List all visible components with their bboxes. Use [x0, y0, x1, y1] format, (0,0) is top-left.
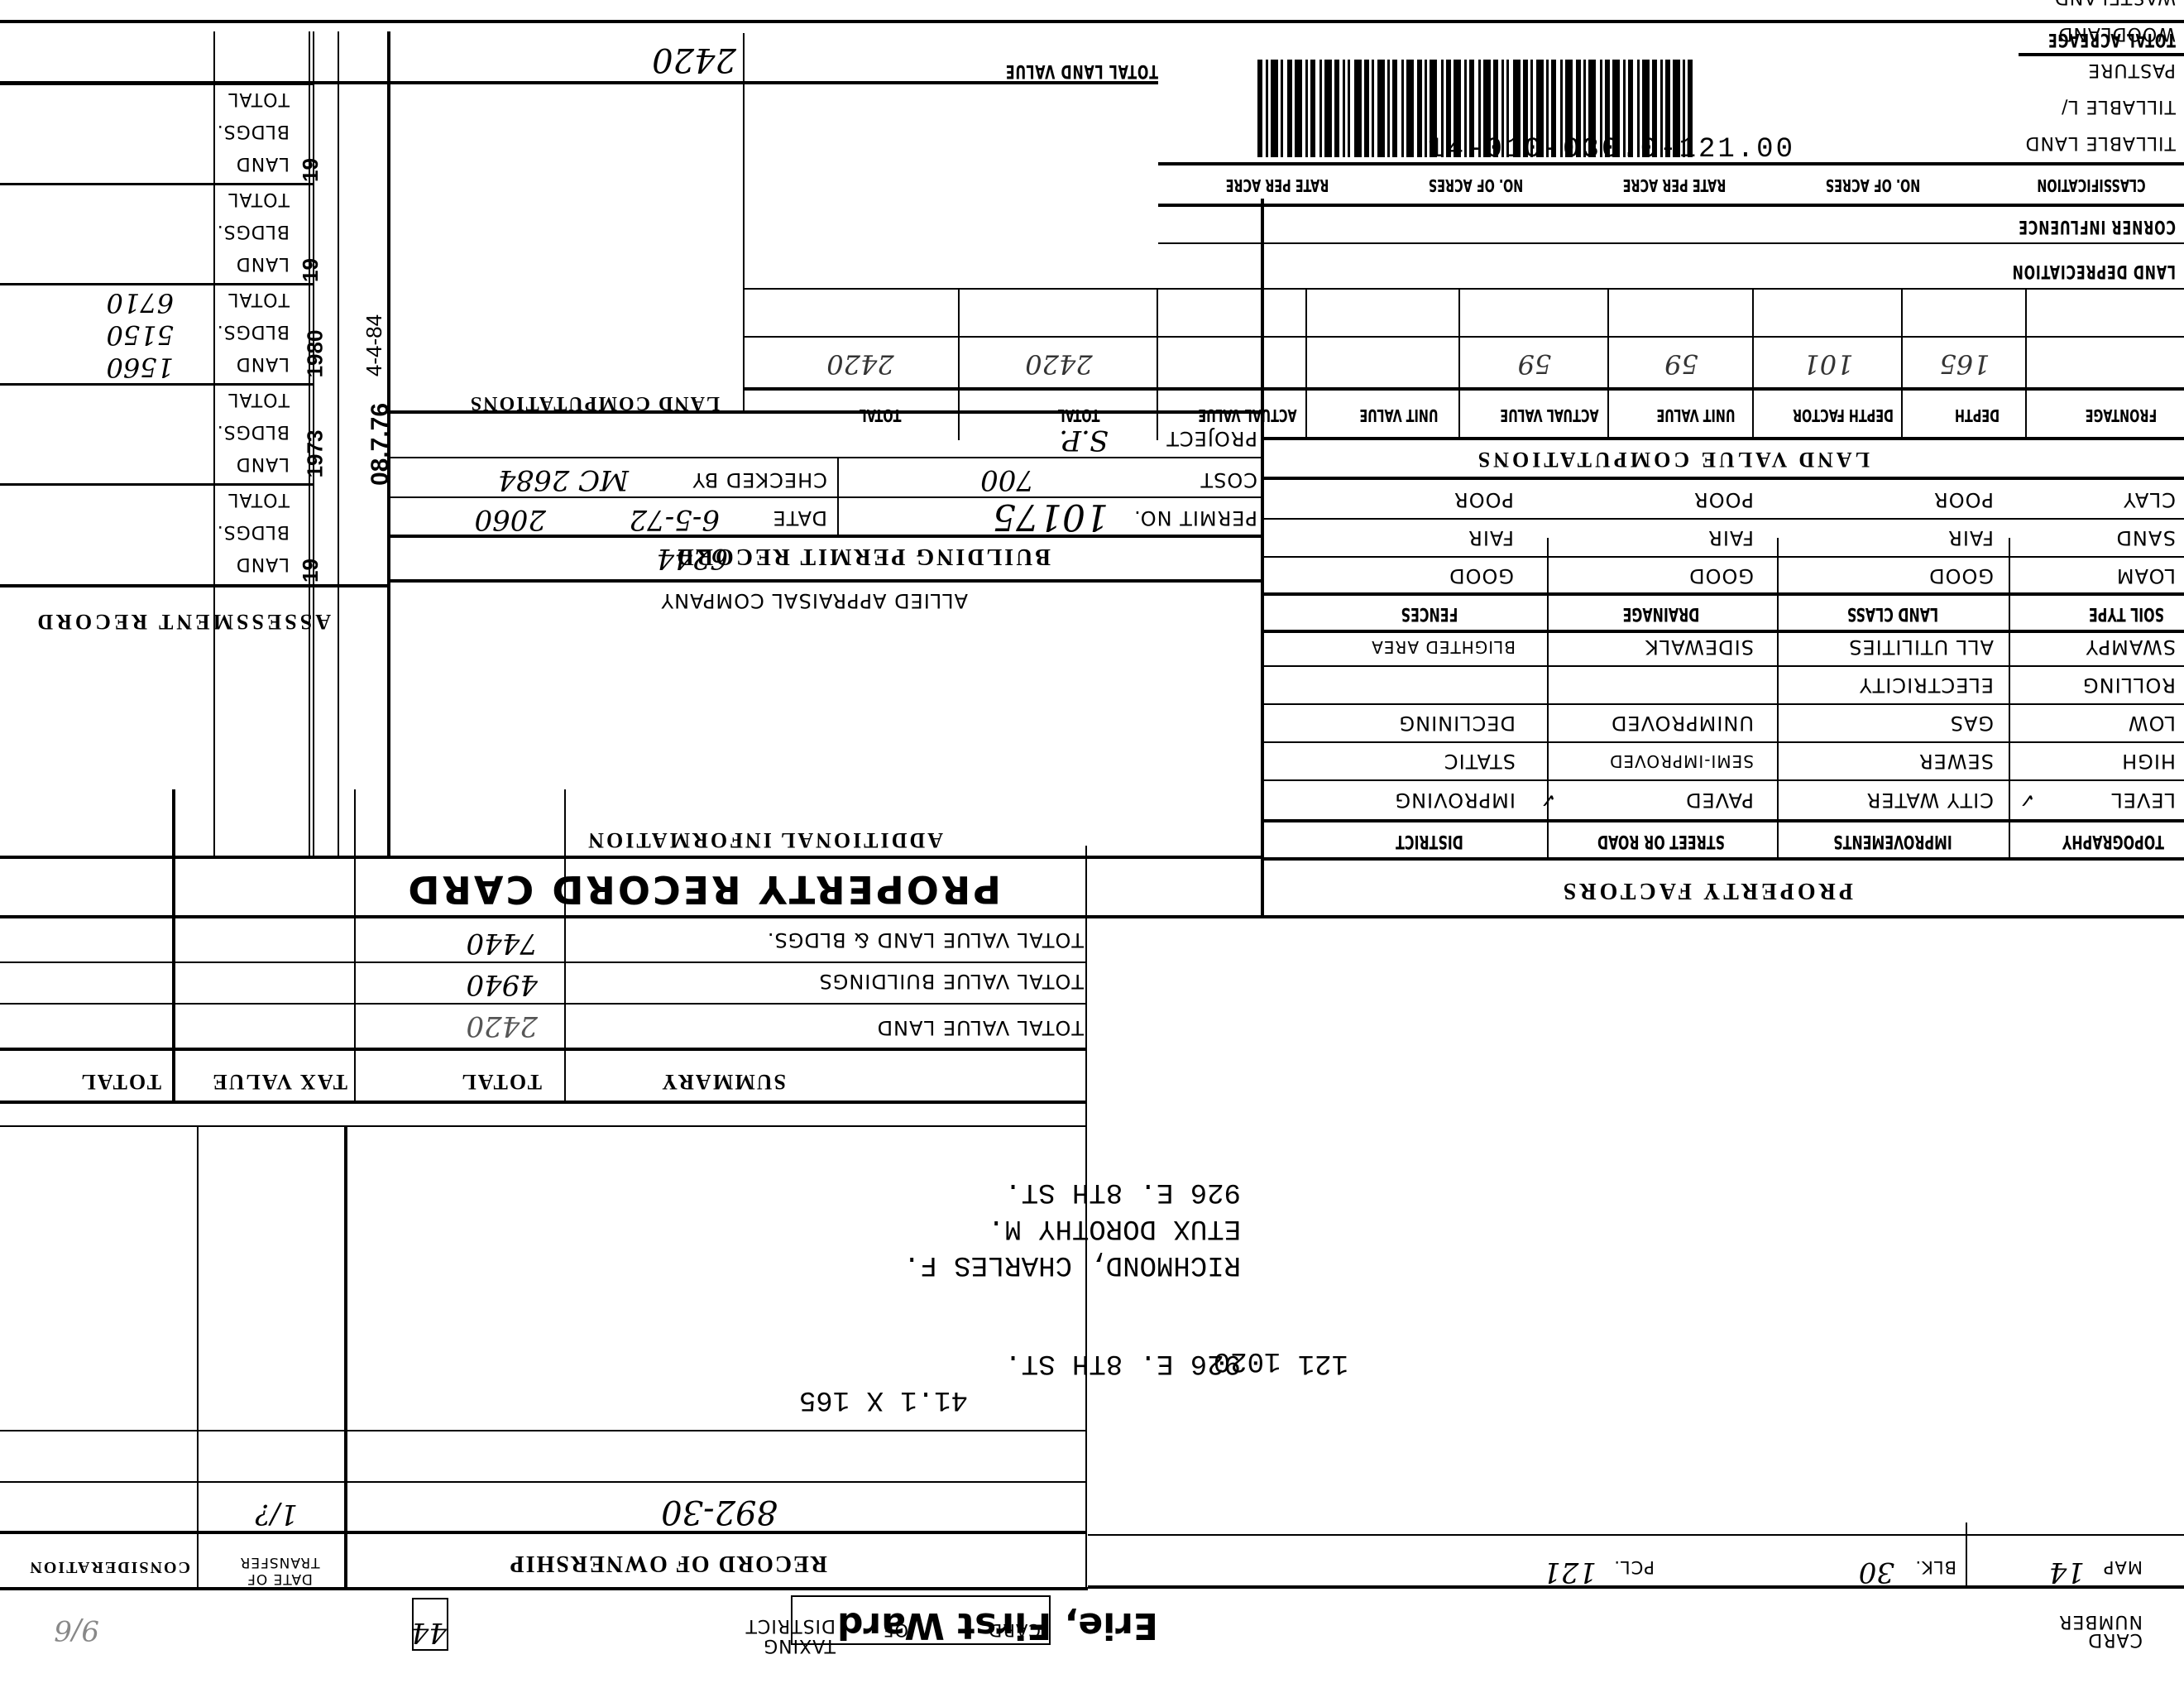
checked-by-value[interactable]: MC 2684: [498, 463, 629, 496]
permit-no-label: PERMIT NO.: [1133, 506, 1257, 530]
checked-by-label: CHECKED BY: [692, 468, 827, 492]
checkbox-semi-improved[interactable]: [1524, 743, 1572, 779]
ownership-entry: 892-30: [661, 1493, 778, 1531]
property-factors-rows: LEVEL ✓ CITY WATER PAVED ✓ IMPROVING HIG…: [1264, 629, 2184, 819]
map-label: MAP: [2103, 1557, 2143, 1577]
assessment-block: 19 LAND BLDGS. TOTAL: [0, 83, 314, 183]
pcl-value[interactable]: 121: [1543, 1556, 1597, 1589]
ownership-date: 1/?: [256, 1498, 298, 1531]
permit-number-right: 6244: [656, 542, 728, 575]
checkbox-sidewalk[interactable]: [1524, 629, 1572, 665]
blk-value[interactable]: 30: [1859, 1556, 1894, 1589]
additional-info-title: ADDITIONAL INFORMATION: [586, 827, 943, 852]
taxing-district-label: TAXING DISTRICT: [711, 1615, 836, 1655]
date-label: DATE: [773, 506, 827, 530]
typed-line2-address: 926 E. 8TH ST.: [1004, 1347, 1241, 1379]
assessment-block: 1980 4-4-84 LAND BLDGS. TOTAL 1560 5150 …: [0, 283, 314, 383]
factor-row: SWAMPY ALL UTILITIES SIDEWALK BLIGHTED A…: [1264, 629, 2184, 665]
land-value-row: 165 101 59 59 2420 2420: [745, 339, 2184, 389]
factor-row: ROLLING ELECTRICITY: [1264, 665, 2184, 703]
summary-land-label: TOTAL VALUE LAND: [877, 1016, 1084, 1039]
map-value[interactable]: 14: [2049, 1556, 2085, 1589]
checkbox-city-water[interactable]: [1762, 781, 1812, 819]
property-factors-title: PROPERTY FACTORS: [1560, 877, 1853, 904]
property-record-card-title: PROPERTY RECORD CARD: [405, 867, 1001, 912]
date-extra: 2060: [474, 503, 546, 536]
ownership-col-date: DATE OF TRANSFER: [222, 1554, 338, 1587]
cost-value[interactable]: 700: [980, 463, 1034, 496]
owner-name: RICHMOND, CHARLES F. ETUX DOROTHY M. 926…: [903, 1173, 1241, 1283]
summary-land-total: 2420: [466, 1009, 538, 1043]
soil-headers: SOIL TYPE LAND CLASS DRAINAGE FENCES: [1264, 595, 2184, 633]
summary-bldgs-label: TOTAL VALUE BUILDINGS: [819, 970, 1084, 993]
land-computations-label: LAND COMPUTATIONS: [469, 391, 720, 414]
total-acreage-label: TOTAL ACREAGE: [2047, 29, 2176, 50]
checkbox-declining[interactable]: [1284, 705, 1334, 741]
soil-row: CLAY POOR POOR POOR: [1264, 482, 2184, 518]
land-depreciation-label: LAND DEPRECIATION: [2012, 261, 2176, 281]
corner-handwriting: 9/6: [54, 1614, 99, 1647]
soil-row: LOAM GOOD GOOD GOOD: [1264, 556, 2184, 594]
box-number: 44: [412, 1598, 448, 1651]
blk-label: BLK.: [1914, 1557, 1956, 1577]
property-factors-headers: TOPOGRAPHY IMPROVEMENTS STREET OR ROAD D…: [1264, 822, 2184, 861]
checkbox-improving[interactable]: [1284, 781, 1334, 819]
summary-col-tax: TAX VALUE: [211, 1069, 347, 1094]
typed-line2-code: 121: [1298, 1347, 1348, 1379]
corner-influence-label: CORNER INFLUENCE: [2018, 216, 2176, 237]
factor-row: LOW GAS UNIMPROVED DECLINING: [1264, 703, 2184, 741]
factor-row: HIGH SEWER SEMI-IMPROVED STATIC: [1264, 741, 2184, 779]
ownership-title: RECORD OF OWNERSHIP: [509, 1550, 827, 1576]
typed-dimensions: 41.1 X 165: [799, 1383, 968, 1415]
pcl-label: PCL.: [1613, 1557, 1655, 1577]
soil-row: SAND FAIR FAIR FAIR: [1264, 518, 2184, 556]
land-value-title: LAND VALUE COMPUTATIONS: [1475, 447, 1870, 472]
property-record-card: CARD NUMBER CARD OF TAXING DISTRICT Erie…: [0, 0, 2184, 1688]
summary-total-label: TOTAL VALUE LAND & BLDGS.: [767, 928, 1084, 952]
checkbox-level[interactable]: ✓: [2002, 781, 2052, 819]
checkbox-low[interactable]: [2002, 705, 2052, 741]
summary-header: SUMMARY: [660, 1069, 786, 1094]
checkbox-high[interactable]: [2002, 743, 2052, 779]
checkbox-gas[interactable]: [1762, 705, 1812, 741]
total-land-value-label: TOTAL LAND VALUE: [1005, 60, 1158, 81]
card-number-label: CARD NUMBER: [2052, 1612, 2143, 1648]
checkbox-blighted[interactable]: [1284, 629, 1334, 665]
acreage-rows: TILLABLE LAND TILLABLE L/ PASTURE WOODLA…: [2025, 0, 2176, 161]
appraisal-company: ALLIED APPRAISAL COMPANY: [661, 589, 969, 612]
acreage-headers: CLASSIFICATION NO. OF ACRES RATE PER ACR…: [1158, 165, 2184, 205]
checkbox-sewer[interactable]: [1762, 743, 1812, 779]
checkbox-rolling[interactable]: [2002, 667, 2052, 703]
summary-bldgs-total: 4940: [466, 968, 538, 1001]
ownership-col-consideration: CONSIDERATION: [28, 1557, 190, 1576]
summary-col-total: TOTAL: [460, 1069, 542, 1094]
checkbox-all-utilities[interactable]: [1762, 629, 1812, 665]
land-value-headers: FRONTAGE DEPTH DEPTH FACTOR UNIT VALUE A…: [745, 391, 2184, 440]
cost-label: COST: [1200, 468, 1257, 492]
checkbox-swampy[interactable]: [2002, 629, 2052, 665]
assessment-block: 19 LAND BLDGS. TOTAL: [0, 483, 314, 583]
assessment-blocks: 19 LAND BLDGS. TOTAL 1973 08.7.76 LAND B…: [0, 83, 314, 583]
checkbox-unimproved[interactable]: [1524, 705, 1572, 741]
date-value[interactable]: 6-5-72: [629, 503, 720, 536]
assessment-title: ASSESSMENT RECORD: [34, 609, 331, 634]
factor-row: LEVEL ✓ CITY WATER PAVED ✓ IMPROVING: [1264, 779, 2184, 819]
summary-col-total2: TOTAL: [79, 1069, 161, 1094]
soil-rows: LOAM GOOD GOOD GOOD SAND FAIR FAIR FAIR …: [1264, 482, 2184, 594]
permit-no-value[interactable]: 10175: [993, 496, 1109, 538]
taxing-district-value: Erie, First Ward: [837, 1604, 1158, 1647]
parcel-barcode: [1257, 60, 1911, 157]
assessment-block: 19 LAND BLDGS. TOTAL: [0, 183, 314, 283]
assessment-block: 1973 08.7.76 LAND BLDGS. TOTAL: [0, 383, 314, 483]
checkbox-paved[interactable]: ✓: [1524, 781, 1572, 819]
building-permit-title: BUILDING PERMIT RECORD: [675, 543, 1051, 569]
summary-grand-total: 7440: [466, 927, 538, 960]
checkbox-electricity[interactable]: [1762, 667, 1812, 703]
checkbox-static[interactable]: [1284, 743, 1334, 779]
total-land-value: 2420: [652, 41, 736, 79]
